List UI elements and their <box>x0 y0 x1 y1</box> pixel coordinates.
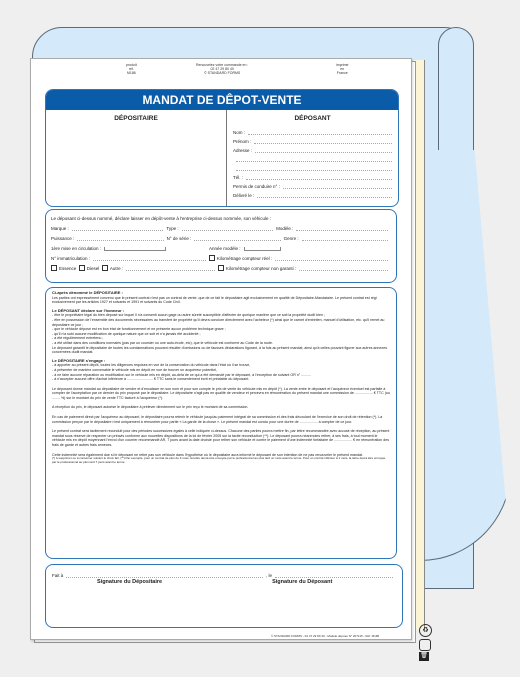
puissance-label: Puissance : <box>51 236 74 241</box>
recycle-icon: ♻ <box>419 624 432 637</box>
type-field[interactable] <box>182 224 274 231</box>
date-field[interactable] <box>275 571 393 578</box>
km-reel-checkbox[interactable] <box>209 255 215 261</box>
signature-depositaire[interactable]: Signature du Dépositaire <box>97 579 162 585</box>
serie-label: N° de série : <box>167 236 192 241</box>
terms-paragraph: Le déposant donne mandat au dépositaire … <box>52 387 390 401</box>
mise-circulation-label: 1ère mise en circulation : <box>51 246 101 251</box>
modele-label: Modèle : <box>276 226 293 231</box>
field-input[interactable] <box>248 128 392 135</box>
depositaire-column: DÉPOSITAIRE <box>46 110 227 206</box>
deposant-field <box>233 153 392 162</box>
binder-cover-roll <box>438 27 474 169</box>
km-reel-label: Kilométrage compteur réel : <box>217 256 272 261</box>
product-info: produit réf. M186 <box>126 63 137 75</box>
vehicle-box: Le déposant ci-dessus nommé, déclare lai… <box>45 209 397 283</box>
info-line: M186 <box>126 71 137 75</box>
terms-list-item: - être en possession de l'ensemble des d… <box>52 318 390 327</box>
terms-paragraph: A réception du prix, le déposant autoris… <box>52 405 390 410</box>
diesel-label: Diesel <box>87 266 100 271</box>
terms-box: Ci-après dénommé le DÉPOSITAIRE : Les pa… <box>45 287 397 559</box>
annee-field[interactable] <box>244 247 281 251</box>
deposant-field: Délivré le : <box>233 189 392 198</box>
essence-label: Essence <box>59 266 76 271</box>
km-non-label: Kilométrage compteur non garanti : <box>226 266 296 271</box>
printed-info: imprimé en France <box>336 63 348 75</box>
immat-field[interactable] <box>93 254 206 261</box>
deposant-field: Prénom : <box>233 135 392 144</box>
terms-paragraph: Les parties ont expressément convenu que… <box>52 296 390 305</box>
genre-label: Genre : <box>284 236 299 241</box>
deposant-field <box>233 162 392 171</box>
terms-paragraph: En cas de paiement direct par l'acquéreu… <box>52 415 390 424</box>
deposant-field: Tél. : <box>233 171 392 180</box>
form-sheet: produit réf. M186 Renouvelez votre comma… <box>30 58 412 640</box>
terms-heading-deposant: Le DÉPOSANT déclare sur l'honneur : <box>52 308 124 313</box>
km-reel-field[interactable] <box>275 254 388 261</box>
deposant-field: Adresse : <box>233 144 392 153</box>
autre-label: Autre : <box>110 266 123 271</box>
annee-label: Année modèle : <box>209 246 241 251</box>
field-label: Adresse : <box>233 148 252 153</box>
info-line: © STANDARD FORMS <box>196 71 248 75</box>
terms-footnote: (*) à supprimer ou à conserver suivant l… <box>52 457 390 465</box>
field-input[interactable] <box>283 182 392 189</box>
genre-field[interactable] <box>302 234 388 241</box>
trash-icon: 🗑 <box>419 652 429 661</box>
depositaire-heading: DÉPOSITAIRE <box>46 115 226 122</box>
mise-circulation-field[interactable] <box>104 247 166 251</box>
field-input[interactable] <box>255 146 392 153</box>
field-label: Nom : <box>233 130 245 135</box>
deposant-heading: DÉPOSANT <box>233 115 392 122</box>
signature-box: Fait à, le Signature du Dépositaire Sign… <box>45 564 403 628</box>
copyright-footer: © STANDARD FORMS - 02 47 29 80 40 - Modè… <box>271 634 379 638</box>
km-non-field[interactable] <box>299 264 388 271</box>
field-label: Prénom : <box>233 139 251 144</box>
signature-deposant[interactable]: Signature du Déposant <box>272 579 332 585</box>
marque-field[interactable] <box>72 224 164 231</box>
immat-label: N° immatriculation : <box>51 256 90 261</box>
autre-field[interactable] <box>126 264 215 271</box>
terms-list-item: - à n'accepter aucune offre d'achat infé… <box>52 377 390 382</box>
date-label: , le <box>266 573 272 578</box>
fait-a-field[interactable] <box>66 571 263 578</box>
deposant-field: Permis de conduire n° : <box>233 180 392 189</box>
deposant-declarations: - être le propriétaire légal du bien dép… <box>52 313 390 345</box>
type-label: Type : <box>166 226 178 231</box>
field-input[interactable] <box>254 137 392 144</box>
modele-field[interactable] <box>296 224 388 231</box>
serie-field[interactable] <box>194 234 280 241</box>
essence-checkbox[interactable] <box>51 265 57 271</box>
form-title: MANDAT DE DÊPOT-VENTE <box>46 90 398 110</box>
puissance-field[interactable] <box>77 234 163 241</box>
field-input[interactable] <box>236 155 392 162</box>
terms-heading-engagements: Le DÉPOSITAIRE s'engage : <box>52 358 105 363</box>
terms-paragraph: Le présent contrat sera tacitement recon… <box>52 429 390 447</box>
binder-cover-tail <box>420 150 511 561</box>
diesel-checkbox[interactable] <box>79 265 85 271</box>
km-non-checkbox[interactable] <box>218 265 224 271</box>
fait-a-label: Fait à <box>52 573 63 578</box>
vehicle-intro: Le déposant ci-dessus nommé, déclare lai… <box>51 216 271 221</box>
terms-heading-depositaire: Ci-après dénommé le DÉPOSITAIRE : <box>52 290 123 295</box>
field-label: Délivré le : <box>233 193 254 198</box>
deposant-field: Nom : <box>233 126 392 135</box>
field-input[interactable] <box>236 164 392 171</box>
marque-label: Marque : <box>51 226 69 231</box>
recycling-icons: ♻ 🗑 <box>419 624 433 661</box>
depositaire-engagements: - à apporter au présent dépôt, toutes le… <box>52 363 390 381</box>
field-input[interactable] <box>257 191 392 198</box>
field-input[interactable] <box>246 173 392 180</box>
info-line: France <box>336 71 348 75</box>
terms-paragraph: Le déposant garantit le dépositaire de t… <box>52 346 390 355</box>
field-label: Permis de conduire n° : <box>233 184 280 189</box>
order-info: Renouvelez votre commande en : 02 47 29 … <box>196 63 248 75</box>
deposant-column: DÉPOSANT Nom :Prénom :Adresse :Tél. :Per… <box>227 110 398 206</box>
autre-checkbox[interactable] <box>102 265 108 271</box>
field-label: Tél. : <box>233 175 243 180</box>
paper-icon <box>419 639 431 651</box>
parties-box: MANDAT DE DÊPOT-VENTE DÉPOSITAIRE DÉPOSA… <box>45 89 399 207</box>
